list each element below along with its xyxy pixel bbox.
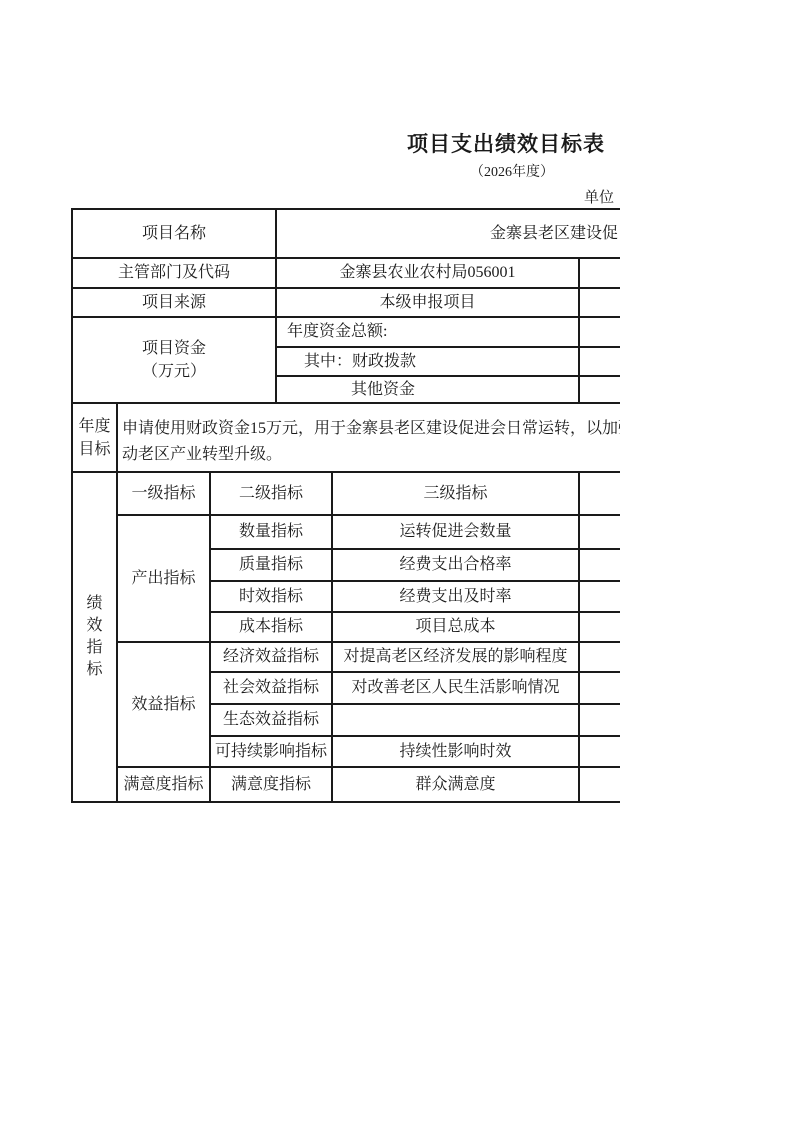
cell-funds-fiscal-label: 其中：财政拨款: [277, 348, 580, 377]
cell-l3: 项目总成本: [333, 613, 580, 643]
page-title: 项目支出绩效目标表: [0, 128, 794, 158]
cell-group-satisfaction: 满意度指标: [118, 768, 211, 803]
cell-l3: 对提高老区经济发展的影响程度: [333, 643, 580, 673]
cell-l3: 群众满意度: [333, 768, 580, 803]
cell-value: [580, 582, 620, 613]
cell-l3: 经费支出合格率: [333, 550, 580, 582]
page-subtitle: （2026年度）: [0, 161, 794, 181]
unit-label: 单位: [584, 186, 614, 207]
cell-funds-total-label: 年度资金总额:: [277, 318, 580, 348]
annual-goal-label-text: 年度目标: [77, 415, 113, 461]
cell-funds-total-value: [580, 318, 620, 348]
annual-goal-line2: 动老区产业转型升级。: [122, 442, 620, 468]
cell-l2: 质量指标: [211, 550, 333, 582]
cell-value: [580, 737, 620, 768]
cell-funds-fiscal-value: [580, 348, 620, 377]
cell-l2: 数量指标: [211, 516, 333, 550]
cell-l2: 经济效益指标: [211, 643, 333, 673]
cell-value: [580, 613, 620, 643]
cell-source-extra: [580, 289, 620, 318]
cell-project-name-value: 金寨县老区建设促: [277, 208, 620, 259]
cell-department-label: 主管部门及代码: [71, 259, 277, 289]
funds-label-line1: 项目资金: [142, 337, 206, 360]
cell-l3: [333, 705, 580, 737]
cell-project-name-label: 项目名称: [71, 208, 277, 259]
cell-l2: 成本指标: [211, 613, 333, 643]
cell-value: [580, 550, 620, 582]
cell-annual-goal-text: 申请使用财政资金15万元，用于金寨县老区建设促进会日常运转，以加强 动老区产业转…: [118, 404, 620, 473]
cell-value: [580, 516, 620, 550]
document-page: 项目支出绩效目标表 （2026年度） 单位 项目名称 金寨县老区建设促 主管部门…: [0, 0, 794, 1122]
cell-department-value: 金寨县农业农村局056001: [277, 259, 580, 289]
cell-source-value: 本级申报项目: [277, 289, 580, 318]
cell-group-benefit: 效益指标: [118, 643, 211, 768]
funds-label-line2: （万元）: [142, 360, 206, 383]
cell-l3: 运转促进会数量: [333, 516, 580, 550]
cell-funds-other-value: [580, 377, 620, 404]
cell-value: [580, 673, 620, 705]
cell-l2: 生态效益指标: [211, 705, 333, 737]
cell-funds-other-label: 其他资金: [277, 377, 580, 404]
cell-department-extra: [580, 259, 620, 289]
cell-indicators-side-label: 绩效指标: [71, 473, 118, 803]
performance-target-table: 项目名称 金寨县老区建设促 主管部门及代码 金寨县农业农村局056001 项目来…: [71, 208, 620, 803]
cell-value: [580, 768, 620, 803]
cell-l2: 时效指标: [211, 582, 333, 613]
cell-funds-label: 项目资金 （万元）: [71, 318, 277, 404]
cell-value: [580, 643, 620, 673]
cell-annual-goal-label: 年度目标: [71, 404, 118, 473]
cell-l3: 经费支出及时率: [333, 582, 580, 613]
cell-l3: 持续性影响时效: [333, 737, 580, 768]
cell-l2: 满意度指标: [211, 768, 333, 803]
cell-header-level2: 二级指标: [211, 473, 333, 516]
indicators-side-text: 绩效指标: [86, 593, 104, 681]
cell-header-level1: 一级指标: [118, 473, 211, 516]
cell-source-label: 项目来源: [71, 289, 277, 318]
cell-l2: 社会效益指标: [211, 673, 333, 705]
cell-header-level3: 三级指标: [333, 473, 580, 516]
cell-l3: 对改善老区人民生活影响情况: [333, 673, 580, 705]
cell-header-extra: [580, 473, 620, 516]
cell-group-output: 产出指标: [118, 516, 211, 643]
cell-l2: 可持续影响指标: [211, 737, 333, 768]
cell-value: [580, 705, 620, 737]
annual-goal-line1: 申请使用财政资金15万元，用于金寨县老区建设促进会日常运转，以加强: [122, 416, 620, 442]
